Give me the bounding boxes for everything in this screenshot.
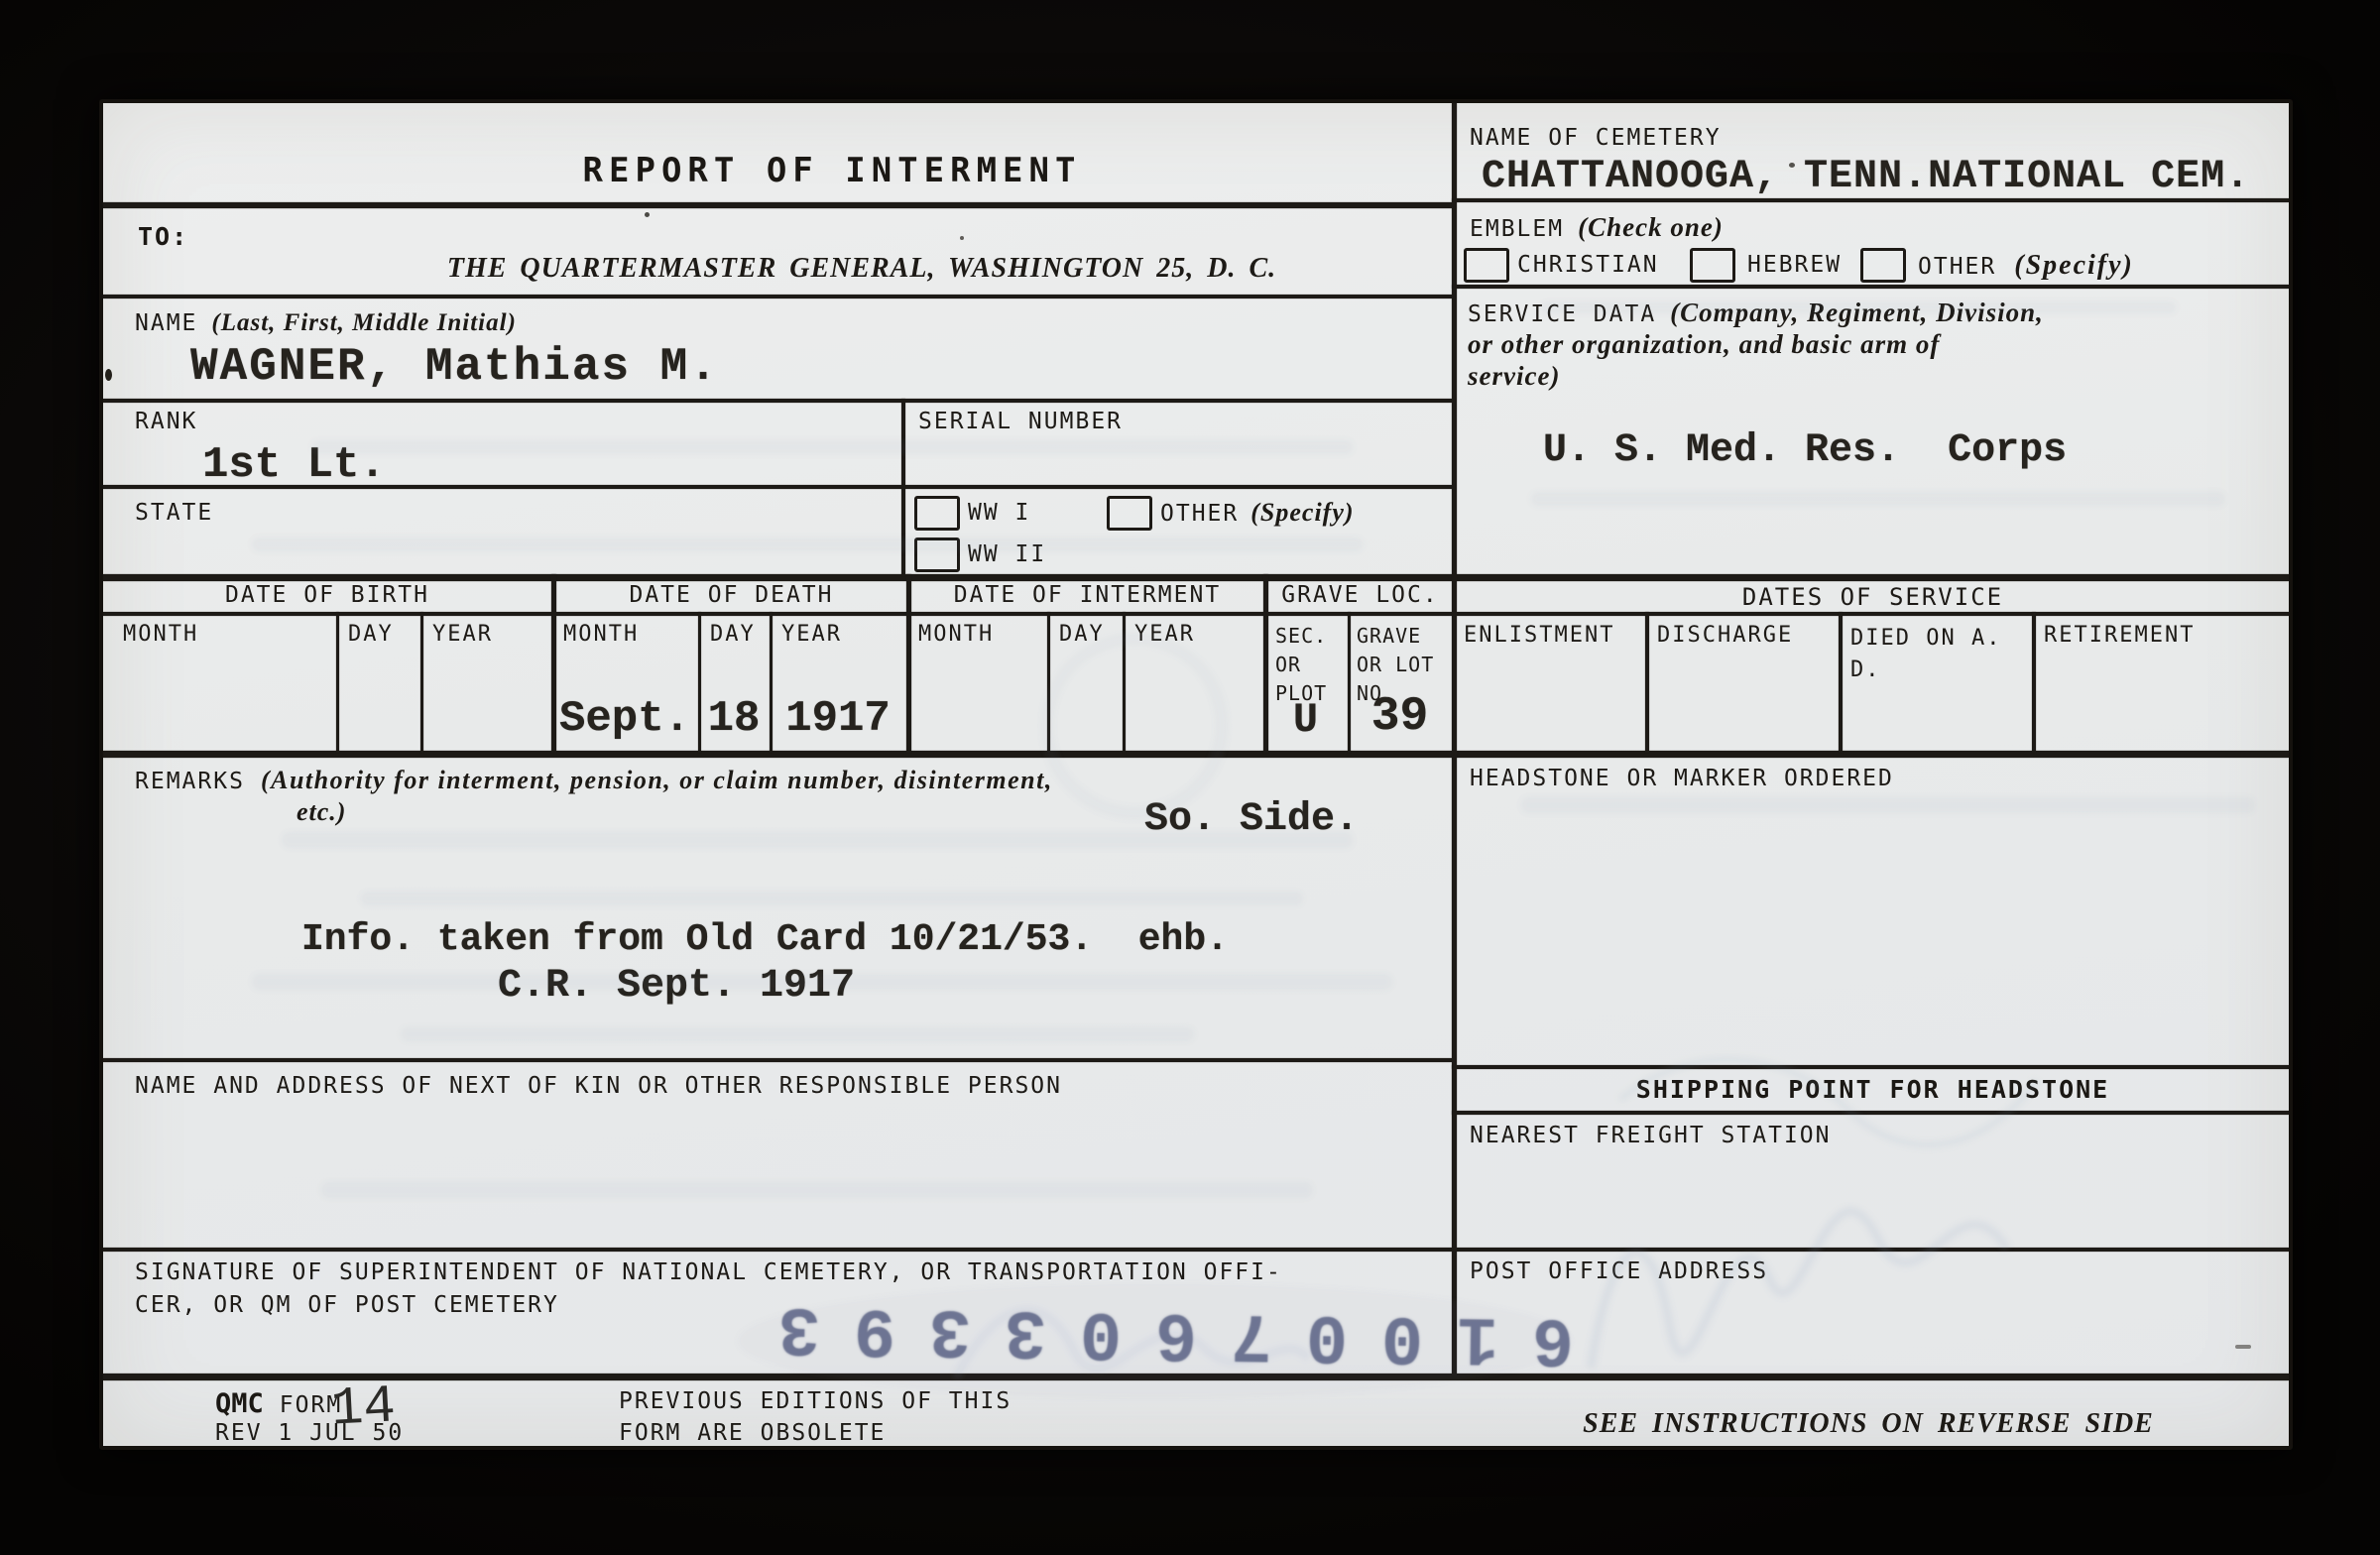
death-day-value: 18 <box>698 694 770 744</box>
scan-speck <box>105 369 112 381</box>
enlistment-header: ENLISTMENT <box>1464 623 1614 648</box>
ww1-label: WW I <box>968 500 1030 526</box>
rule-horizontal <box>103 202 1452 208</box>
reverse-side-instructions: SEE INSTRUCTIONS ON REVERSE SIDE <box>1583 1408 2154 1439</box>
signature-label-line1: SIGNATURE OF SUPERINTENDENT OF NATIONAL … <box>135 1259 1282 1285</box>
christian-label: CHRISTIAN <box>1517 252 1659 278</box>
remarks-note-line1: (Authority for interment, pension, or cl… <box>261 766 1053 794</box>
birth-month-header: MONTH <box>123 622 198 647</box>
rule-vertical <box>1047 612 1050 753</box>
rule-vertical <box>336 612 339 753</box>
emblem-label: EMBLEM <box>1470 216 1564 242</box>
death-year-value: 1917 <box>770 694 906 744</box>
post-office-label: POST OFFICE ADDRESS <box>1470 1258 1768 1284</box>
remarks-side-value: So. Side. <box>1144 797 1359 842</box>
rule-vertical <box>420 612 423 753</box>
death-month-value: Sept. <box>551 694 698 744</box>
service-data-note-line2: or other organization, and basic arm of <box>1468 329 1940 360</box>
signature-label-line2: CER, OR QM OF POST CEMETERY <box>135 1292 559 1318</box>
other-emblem-checkbox <box>1860 248 1906 283</box>
other-war-checkbox <box>1107 496 1152 531</box>
grave-sec-value: U <box>1263 696 1348 744</box>
rule-horizontal <box>103 295 1452 299</box>
interment-month-header: MONTH <box>918 622 994 647</box>
cemetery-value: CHATTANOOGA, TENN.NATIONAL CEM. <box>1482 155 2250 199</box>
rank-label: RANK <box>135 409 197 434</box>
emblem-note: (Check one) <box>1578 212 1724 242</box>
other-emblem-label: OTHER <box>1918 254 1996 280</box>
remarks-note-line2: etc.) <box>297 797 346 827</box>
scan-speck <box>1789 163 1795 168</box>
rule-horizontal <box>103 1248 2289 1252</box>
rank-value: 1st Lt. <box>202 440 386 490</box>
remarks-cr-line: C.R. Sept. 1917 <box>498 964 855 1009</box>
rule-horizontal <box>1452 1065 2289 1069</box>
interment-card: REPORT OF INTERMENT TO: THE QUARTERMASTE… <box>99 99 2293 1450</box>
ww2-checkbox <box>914 538 960 572</box>
rule-vertical <box>1645 612 1649 753</box>
name-value: WAGNER, Mathias M. <box>190 341 719 393</box>
service-data-note-line3: service) <box>1468 361 1560 392</box>
rule-vertical <box>1452 103 1457 1376</box>
rule-horizontal <box>1452 285 2289 289</box>
rule-vertical <box>1839 612 1843 753</box>
hebrew-checkbox <box>1690 248 1735 283</box>
name-label-note: (Last, First, Middle Initial) <box>211 309 517 336</box>
birth-day-header: DAY <box>348 622 394 647</box>
hebrew-label: HEBREW <box>1747 252 1842 278</box>
shipping-point-label: SHIPPING POINT FOR HEADSTONE <box>1636 1075 2109 1104</box>
interment-section-header: DATE OF INTERMENT <box>911 582 1263 608</box>
footer-obsolete-line1: PREVIOUS EDITIONS OF THIS <box>619 1388 1011 1414</box>
to-label: TO: <box>138 222 188 251</box>
headstone-label: HEADSTONE OR MARKER ORDERED <box>1470 766 1894 791</box>
interment-year-header: YEAR <box>1134 622 1195 647</box>
died-on-ad-header: DIED ON A. D. <box>1850 623 2019 686</box>
rule-horizontal <box>103 574 2289 581</box>
service-data-value: U. S. Med. Res. Corps <box>1543 428 2067 473</box>
scan-background: REPORT OF INTERMENT TO: THE QUARTERMASTE… <box>0 0 2380 1555</box>
accession-number-stamp: 61007603393 <box>744 1287 1574 1377</box>
rule-vertical <box>2032 612 2036 753</box>
scan-speck <box>2235 1345 2251 1349</box>
rule-vertical <box>901 399 905 576</box>
scan-speck <box>960 236 964 240</box>
footer-obsolete-line2: FORM ARE OBSOLETE <box>619 1420 886 1446</box>
rule-vertical <box>1123 612 1126 753</box>
service-data-label: SERVICE DATA <box>1468 301 1656 327</box>
scan-speck <box>645 212 650 217</box>
interment-day-header: DAY <box>1059 622 1105 647</box>
other-war-label: OTHER <box>1160 501 1239 527</box>
death-month-header: MONTH <box>563 622 639 647</box>
rule-horizontal <box>103 751 2289 758</box>
footer-qmc: QMC <box>215 1388 264 1419</box>
cemetery-label: NAME OF CEMETERY <box>1470 125 1722 151</box>
service-data-note-line1: (Company, Regiment, Division, <box>1670 298 2044 327</box>
birth-section-header: DATE OF BIRTH <box>103 582 551 608</box>
retirement-header: RETIREMENT <box>2044 623 2195 648</box>
birth-year-header: YEAR <box>432 622 493 647</box>
to-value: THE QUARTERMASTER GENERAL, WASHINGTON 25… <box>447 253 1276 284</box>
death-section-header: DATE OF DEATH <box>556 582 906 608</box>
footer-form-number: 14 <box>329 1376 397 1440</box>
form-title: REPORT OF INTERMENT <box>583 151 1082 190</box>
death-day-header: DAY <box>710 622 756 647</box>
next-of-kin-label: NAME AND ADDRESS OF NEXT OF KIN OR OTHER… <box>135 1073 1062 1099</box>
state-label: STATE <box>135 500 213 526</box>
remarks-info-line: Info. taken from Old Card 10/21/53. ehb. <box>301 918 1229 961</box>
discharge-header: DISCHARGE <box>1657 623 1793 648</box>
other-emblem-note: (Specify) <box>2014 250 2134 281</box>
rule-horizontal <box>1452 1111 2289 1115</box>
grave-no-value: 39 <box>1348 690 1452 744</box>
serial-number-label: SERIAL NUMBER <box>918 409 1123 434</box>
grave-sec-header: SEC. OR PLOT <box>1275 622 1345 708</box>
dates-of-service-header: DATES OF SERVICE <box>1457 583 2289 611</box>
name-label: NAME <box>135 310 197 336</box>
grave-loc-section-header: GRAVE LOC. <box>1268 582 1452 608</box>
rule-horizontal <box>103 399 1452 403</box>
ww1-checkbox <box>914 496 960 531</box>
remarks-label: REMARKS <box>135 769 245 794</box>
christian-checkbox <box>1464 248 1509 283</box>
other-war-note: (Specify) <box>1250 498 1354 527</box>
freight-station-label: NEAREST FREIGHT STATION <box>1470 1123 1832 1148</box>
rule-horizontal <box>103 1058 1452 1062</box>
death-year-header: YEAR <box>781 622 842 647</box>
ww2-label: WW II <box>968 541 1046 567</box>
rule-horizontal <box>103 612 2289 616</box>
